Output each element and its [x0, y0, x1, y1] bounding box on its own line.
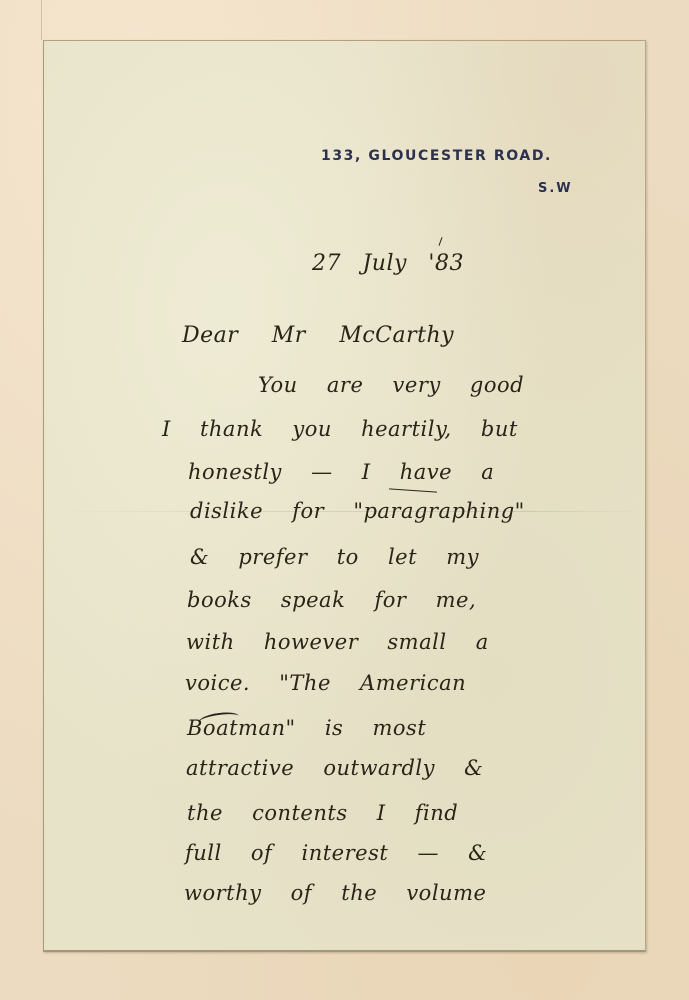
body-line: & prefer to let my — [190, 545, 479, 569]
body-line: books speak for me, — [187, 588, 476, 612]
body-line: dislike for "paragraphing" — [190, 499, 525, 523]
body-line: honestly — I have a — [188, 460, 494, 484]
letter-sheet: 133, GLOUCESTER ROAD. S.W 27 July '83 De… — [43, 40, 646, 952]
body-line: full of interest — & — [185, 841, 487, 865]
body-line: with however small a — [186, 630, 489, 654]
pen-flourish — [389, 488, 437, 492]
body-line: You are very good — [258, 373, 524, 397]
letterhead-district: S.W — [538, 181, 573, 196]
body-line: I thank you heartily, but — [162, 417, 518, 441]
mount-edge — [41, 0, 42, 40]
body-line: the contents I find — [187, 801, 458, 825]
body-line: worthy of the volume — [184, 881, 486, 905]
body-line: attractive outwardly & — [186, 756, 483, 780]
body-line: voice. "The American — [185, 671, 466, 695]
salutation: Dear Mr McCarthy — [182, 323, 454, 348]
letter-date: 27 July '83 — [312, 251, 464, 276]
letterhead-address: 133, GLOUCESTER ROAD. — [321, 148, 552, 164]
date-apostrophe-mark — [438, 237, 442, 246]
body-line: Boatman" is most — [187, 716, 426, 740]
